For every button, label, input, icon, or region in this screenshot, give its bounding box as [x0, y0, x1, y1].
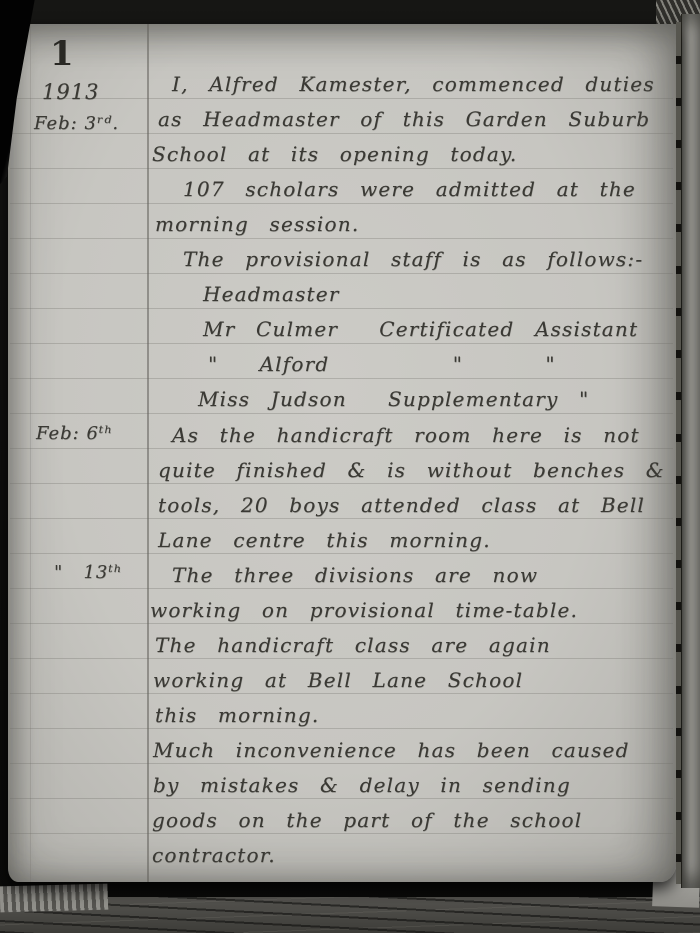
- page-number: 1: [50, 34, 74, 74]
- manuscript-line: Mr Culmer Certificated Assistant: [203, 317, 638, 341]
- margin-date-feb-13: " 13ᵗʰ: [54, 562, 123, 583]
- left-edge-rule: [30, 24, 31, 882]
- date-column-rule: [147, 24, 149, 882]
- adjacent-page-edge: [681, 14, 700, 888]
- manuscript-line: goods on the part of the school: [152, 808, 582, 832]
- manuscript-line: morning session.: [155, 212, 359, 236]
- page-fan-bottom-left: [0, 884, 108, 913]
- manuscript-line: quite finished & is without benches &: [158, 458, 665, 482]
- manuscript-line: tools, 20 boys attended class at Bell: [158, 493, 645, 517]
- manuscript-line: Much inconvenience has been caused: [153, 738, 630, 762]
- manuscript-line: working on provisional time-table.: [150, 598, 578, 622]
- logbook-page: 1 1913 Feb: 3ʳᵈ. Feb: 6ᵗʰ " 13ᵗʰ I, Alfr…: [8, 24, 677, 882]
- manuscript-line: working at Bell Lane School: [153, 668, 523, 692]
- margin-date-feb-3: Feb: 3ʳᵈ.: [34, 113, 119, 134]
- manuscript-line: by mistakes & delay in sending: [153, 773, 571, 797]
- manuscript-line: I, Alfred Kamester, commenced duties: [172, 72, 655, 96]
- manuscript-line: School at its opening today.: [152, 142, 517, 166]
- manuscript-line: The provisional staff is as follows:-: [183, 247, 643, 271]
- manuscript-line: this morning.: [155, 703, 319, 727]
- manuscript-line: contractor.: [152, 843, 276, 867]
- manuscript-line: as Headmaster of this Garden Suburb: [158, 107, 650, 131]
- manuscript-line: 107 scholars were admitted at the: [183, 177, 636, 201]
- margin-date-year: 1913: [42, 80, 99, 104]
- logbook-photo: 1 1913 Feb: 3ʳᵈ. Feb: 6ᵗʰ " 13ᵗʰ I, Alfr…: [0, 0, 700, 933]
- manuscript-line: The handicraft class are again: [155, 633, 551, 657]
- manuscript-line: Headmaster: [203, 282, 340, 306]
- manuscript-line: Miss Judson Supplementary ": [198, 387, 589, 411]
- manuscript-line: The three divisions are now: [172, 563, 538, 587]
- manuscript-line: " Alford " ": [208, 352, 556, 376]
- binding-stitches: [676, 22, 681, 884]
- manuscript-line: Lane centre this morning.: [158, 528, 491, 552]
- manuscript-line: As the handicraft room here is not: [172, 423, 640, 447]
- margin-date-feb-6: Feb: 6ᵗʰ: [36, 423, 113, 444]
